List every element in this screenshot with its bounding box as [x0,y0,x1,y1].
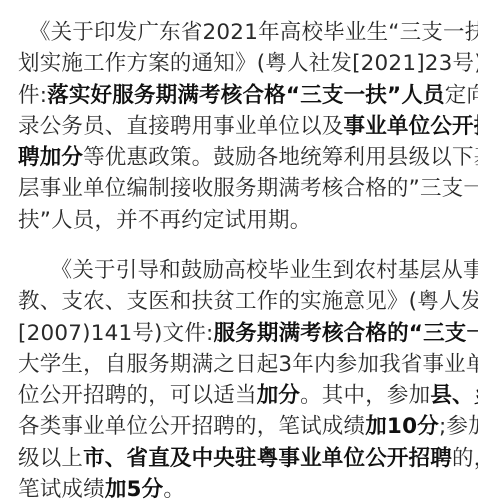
body-text: 笔试成绩 [18,477,105,500]
body-text: 。 [163,477,185,500]
emphasis-text: 服务期满考核合格的“三支一扶” [213,321,478,346]
text-line: 教、支农、支医和扶贫工作的实施意见》(粤人发 [18,286,464,317]
emphasis-text: 市、省直及中央驻粤事业单位公开招聘 [83,446,452,471]
text-line: 各类事业单位公开招聘的，笔试成绩加10分;参加地 [18,411,464,442]
text-line: [2007)141号)文件:服务期满考核合格的“三支一扶” [18,318,464,349]
emphasis-text: 聘加分 [18,145,83,170]
emphasis-text: 县、乡 [430,383,478,408]
body-text: 教、支农、支医和扶贫工作的实施意见》(粤人发 [18,289,478,314]
text-line: 扶”人员，并不再约定试用期。 [18,205,464,236]
body-text: 位公开招聘的，可以适当 [18,383,257,408]
body-text: 划实施工作方案的通知》(粤人社发[2021]23号)文 [18,51,478,76]
body-text: 等优惠政策。鼓励各地统筹利用县级以下基 [83,145,478,170]
body-text: 《关于引导和鼓励高校毕业生到农村基层从事支 [18,258,478,283]
text-line: 位公开招聘的，可以适当加分。其中，参加县、乡 [18,380,464,411]
body-text: 录公务员、直接聘用事业单位以及 [18,114,344,139]
body-text: 的， [452,446,478,471]
body-text: 大学生，自服务期满之日起3年内参加我省事业单 [18,352,478,377]
text-line: 件:落实好服务期满考核合格“三支一扶”人员定向招 [18,80,464,111]
body-text: 各类事业单位公开招聘的，笔试成绩 [18,414,365,439]
body-text: [2007)141号)文件: [18,321,213,346]
text-line: 聘加分等优惠政策。鼓励各地统筹利用县级以下基 [18,142,464,173]
text-line: 层事业单位编制接收服务期满考核合格的”三支一 [18,173,464,204]
body-text: 级以上 [18,446,83,471]
text-line: 大学生，自服务期满之日起3年内参加我省事业单 [18,349,464,380]
emphasis-text: 事业单位公开招 [344,114,478,139]
body-text: 扶”人员，并不再约定试用期。 [18,208,311,233]
emphasis-text: 加5分 [105,477,164,500]
emphasis-text: 落实好服务期满考核合格“三支一扶”人员 [47,83,445,108]
text-line: 笔试成绩加5分。 [18,474,464,500]
body-text: 。其中，参加 [300,383,430,408]
body-text: 件: [18,83,47,108]
text-line: 《关于引导和鼓励高校毕业生到农村基层从事支 [18,255,464,286]
paragraph-2007-implementation-opinion: 《关于引导和鼓励高校毕业生到农村基层从事支教、支农、支医和扶贫工作的实施意见》(… [18,255,464,500]
body-text: ;参加地 [439,414,478,439]
body-text: 定向招 [445,83,478,108]
body-text: 层事业单位编制接收服务期满考核合格的”三支一 [18,176,478,201]
text-line: 录公务员、直接聘用事业单位以及事业单位公开招 [18,111,464,142]
text-line: 级以上市、省直及中央驻粤事业单位公开招聘的， [18,443,464,474]
body-text: 《关于印发广东省2021年高校毕业生“三支一扶”计 [18,20,478,45]
paragraph-sanzhiyifu-2021-notice: 《关于印发广东省2021年高校毕业生“三支一扶”计划实施工作方案的通知》(粤人社… [18,17,464,236]
emphasis-text: 加10分 [365,414,439,439]
text-line: 划实施工作方案的通知》(粤人社发[2021]23号)文 [18,48,464,79]
emphasis-text: 加分 [257,383,300,408]
text-line: 《关于印发广东省2021年高校毕业生“三支一扶”计 [18,17,464,48]
